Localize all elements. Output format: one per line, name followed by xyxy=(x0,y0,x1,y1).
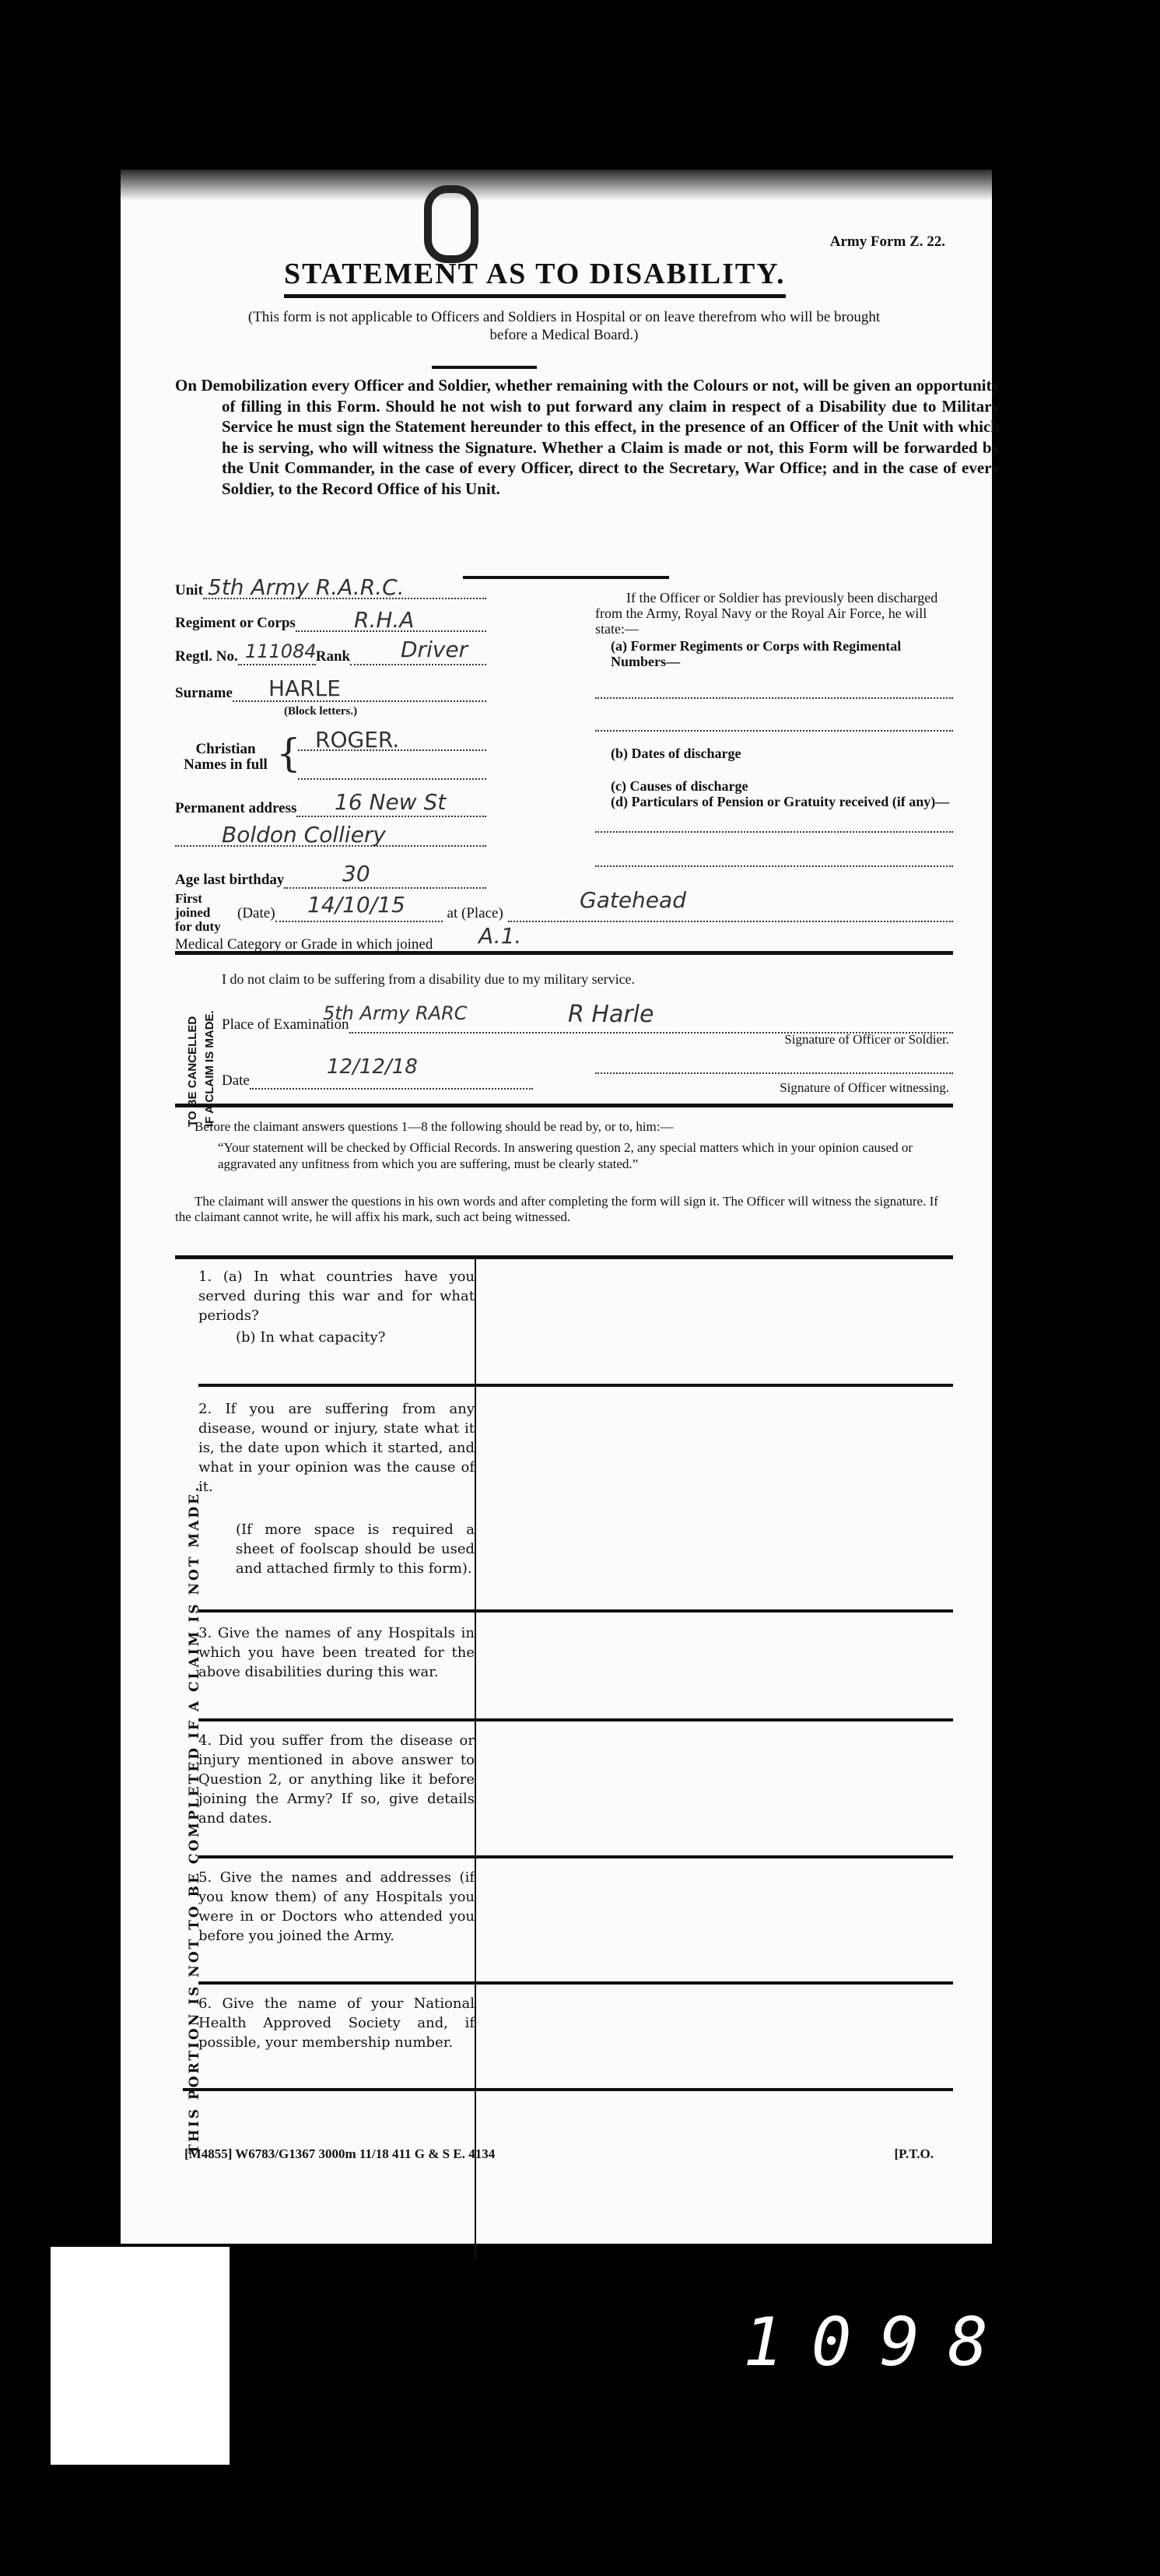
address-line2: Boldon Colliery xyxy=(222,822,386,848)
pto-label: [P.T.O. xyxy=(894,2146,934,2162)
regiment-value: R.H.A xyxy=(354,607,414,633)
answer-5[interactable] xyxy=(478,1859,953,1981)
question-1a: 1. (a) In what countries have you served… xyxy=(198,1267,475,1325)
divider xyxy=(432,366,537,369)
scan-shadow xyxy=(121,170,992,201)
answer-6[interactable] xyxy=(478,1985,953,2088)
christian-names-value: ROGER. xyxy=(315,727,399,753)
page-title: STATEMENT AS TO DISABILITY. xyxy=(284,257,786,298)
soldier-signature: R Harle xyxy=(568,1001,654,1028)
previous-discharge-section: If the Officer or Soldier has previously… xyxy=(595,590,953,867)
address-line1: 16 New St xyxy=(335,789,446,815)
question-4: 4. Did you suffer from the disease or in… xyxy=(198,1731,475,1828)
unit-value: 5th Army R.A.R.C. xyxy=(208,574,405,600)
instructions-quote: “Your statement will be checked by Offic… xyxy=(218,1139,953,1172)
medical-category-value: A.1. xyxy=(478,923,521,949)
frame-counter: 1098 xyxy=(743,2304,1016,2381)
divider xyxy=(175,951,953,955)
surname-value: HARLE xyxy=(268,676,341,701)
date-value: 12/12/18 xyxy=(327,1055,418,1079)
question-1b: (b) In what capacity? xyxy=(198,1328,475,1347)
question-6: 6. Give the name of your National Health… xyxy=(198,1994,475,2052)
question-2-note: (If more space is required a sheet of fo… xyxy=(198,1520,475,1578)
joined-place-value: Gatehead xyxy=(580,887,686,913)
cancel-side-label: TO BE CANCELLED IF A CLAIM IS MADE. xyxy=(184,1010,219,1127)
question-2: 2. If you are suffering from any disease… xyxy=(198,1399,475,1497)
regtl-no-value: 111084 xyxy=(245,640,317,662)
soldier-signature-label: Signature of Officer or Soldier. xyxy=(784,1032,949,1048)
witness-signature-line xyxy=(595,1072,953,1074)
brace: { xyxy=(276,734,301,773)
divider xyxy=(463,576,669,579)
block-letters-note: (Block letters.) xyxy=(284,705,357,718)
form-subtitle: (This form is not applicable to Officers… xyxy=(245,308,883,344)
age-value: 30 xyxy=(342,861,370,886)
divider xyxy=(175,1104,953,1107)
age-field: Age last birthday xyxy=(175,872,486,889)
christian-names-label: Christian Names in full xyxy=(175,742,276,773)
document-page: Army Form Z. 22. STATEMENT AS TO DISABIL… xyxy=(121,170,992,2244)
answer-column-divider xyxy=(475,1259,476,2259)
rank-value: Driver xyxy=(401,637,468,662)
regiment-field: Regiment or Corps xyxy=(175,615,486,632)
print-code: [M4855] W6783/G1367 3000m 11/18 411 G & … xyxy=(184,2146,495,2162)
answer-3[interactable] xyxy=(478,1613,953,1718)
no-claim-statement: I do not claim to be suffering from a di… xyxy=(222,971,635,988)
answer-2[interactable] xyxy=(478,1388,953,1609)
witness-signature-label: Signature of Officer witnessing. xyxy=(780,1080,949,1096)
form-number: Army Form Z. 22. xyxy=(830,233,945,251)
question-5: 5. Give the names and addresses (if you … xyxy=(198,1868,475,1946)
answer-4[interactable] xyxy=(478,1722,953,1855)
white-tab xyxy=(51,2247,230,2465)
question-3: 3. Give the names of any Hospitals in wh… xyxy=(198,1623,475,1682)
joined-date-value: 14/10/15 xyxy=(307,892,405,918)
first-joined-label: First joined for duty xyxy=(175,892,230,934)
place-of-examination-value: 5th Army RARC xyxy=(323,1002,468,1024)
answer-1[interactable] xyxy=(478,1259,953,1384)
paper-clip-mark xyxy=(424,185,478,263)
instructions-body: The claimant will answer the questions i… xyxy=(175,1194,953,1225)
instructions-lead: Before the claimant answers questions 1—… xyxy=(195,1119,674,1135)
intro-paragraph: On Demobilization every Officer and Sold… xyxy=(175,375,1000,499)
